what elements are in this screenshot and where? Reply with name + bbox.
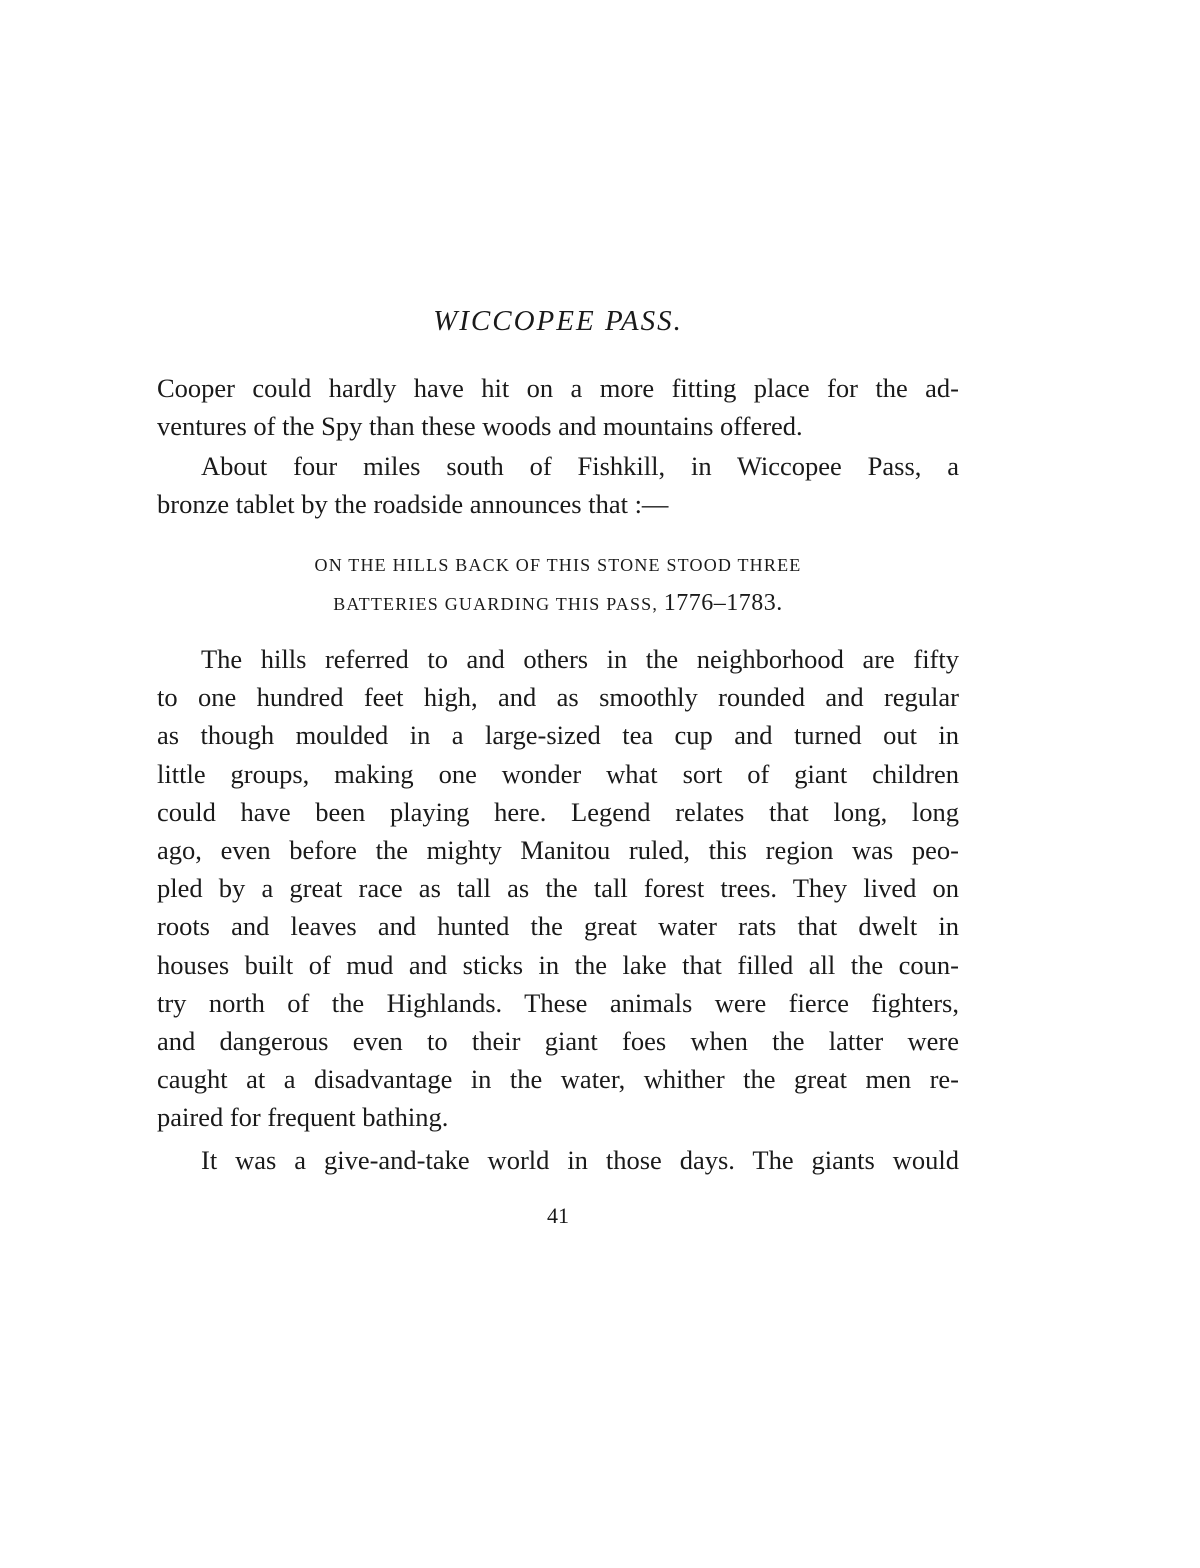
text-line: roots and leaves and hunted the great wa…	[157, 907, 959, 945]
text-line: Cooper could hardly have hit on a more f…	[157, 369, 959, 407]
text-line: try north of the Highlands. These animal…	[157, 984, 959, 1022]
paragraph-1: Cooper could hardly have hit on a more f…	[157, 369, 959, 445]
text-line: ago, even before the mighty Manitou rule…	[157, 831, 959, 869]
text-line: little groups, making one wonder what so…	[157, 755, 959, 793]
inscription-line-2: BATTERIES GUARDING THIS PASS, 1776–1783.	[157, 584, 959, 623]
paragraph-3: The hills referred to and others in the …	[157, 640, 959, 1136]
text-line: could have been playing here. Legend rel…	[157, 793, 959, 831]
paragraph-4: It was a give-and-take world in those da…	[157, 1141, 959, 1179]
chapter-title: WICCOPEE PASS.	[157, 303, 959, 339]
page-number: 41	[157, 1203, 959, 1229]
paragraph-2: About four miles south of Fishkill, in W…	[157, 447, 959, 523]
text-line: It was a give-and-take world in those da…	[157, 1141, 959, 1179]
text-line: to one hundred feet high, and as smoothl…	[157, 678, 959, 716]
text-line: ventures of the Spy than these woods and…	[157, 407, 959, 445]
text-line: caught at a disadvantage in the water, w…	[157, 1060, 959, 1098]
text-line: as though moulded in a large-sized tea c…	[157, 716, 959, 754]
inscription-line-1: ON THE HILLS BACK OF THIS STONE STOOD TH…	[157, 546, 959, 584]
text-line: and dangerous even to their giant foes w…	[157, 1022, 959, 1060]
text-line: bronze tablet by the roadside announces …	[157, 485, 959, 523]
text-line: houses built of mud and sticks in the la…	[157, 946, 959, 984]
text-line: paired for frequent bathing.	[157, 1098, 959, 1136]
text-line: pled by a great race as tall as the tall…	[157, 869, 959, 907]
inscription-text: BATTERIES GUARDING THIS PASS,	[333, 594, 664, 614]
tablet-inscription: ON THE HILLS BACK OF THIS STONE STOOD TH…	[157, 546, 959, 623]
text-line: About four miles south of Fishkill, in W…	[157, 447, 959, 485]
text-line: The hills referred to and others in the …	[157, 640, 959, 678]
inscription-years: 1776–1783.	[664, 590, 783, 616]
